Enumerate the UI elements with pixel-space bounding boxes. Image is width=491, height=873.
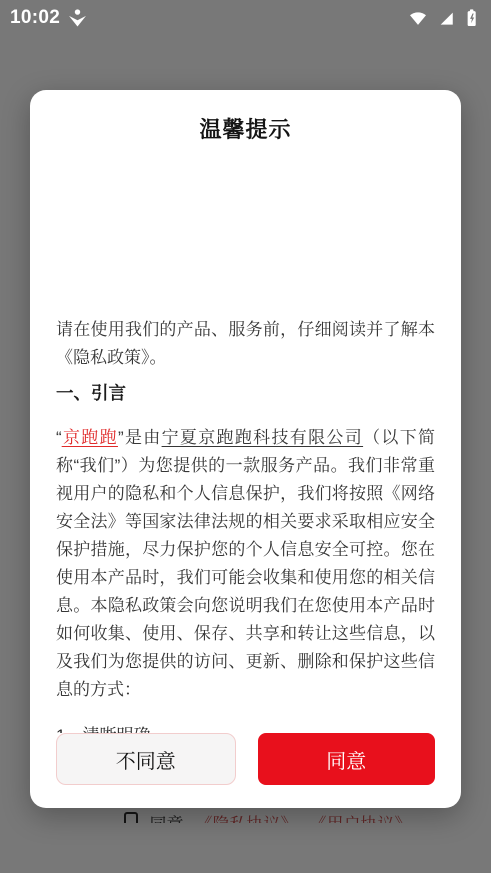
intro-paragraph: 请在使用我们的产品、服务前，仔细阅读并了解本《隐私政策》。: [56, 316, 435, 372]
dialog-scroll-area[interactable]: 请在使用我们的产品、服务前，仔细阅读并了解本《隐私政策》。 一、引言 “京跑跑”…: [30, 144, 461, 733]
battery-charging-icon: [461, 7, 482, 29]
paragraph-seg2: （以下简称“我们”）为您提供的一款服务产品。我们非常重视用户的隐私和个人信息保护…: [56, 428, 435, 699]
screen: 同意 《隐私协议》 《用户协议》 10:02: [0, 0, 491, 873]
dialog-button-row: 不同意 同意: [56, 733, 435, 785]
clock: 10:02: [10, 7, 60, 29]
dialog-title: 温馨提示: [30, 90, 461, 144]
section-heading: 一、引言: [56, 379, 435, 407]
wifi-icon: [407, 8, 429, 28]
status-bar: 10:02: [0, 0, 491, 34]
agree-button[interactable]: 同意: [258, 733, 436, 785]
body-paragraph: “京跑跑”是由宁夏京跑跑科技有限公司（以下简称“我们”）为您提供的一款服务产品。…: [56, 424, 435, 704]
paragraph-seg1: 是由: [124, 428, 162, 447]
app-notification-icon: [67, 8, 88, 29]
company-name-link[interactable]: 宁夏京跑跑科技有限公司: [162, 428, 364, 447]
disagree-button[interactable]: 不同意: [56, 733, 236, 785]
list-item-1: 1、清晰明确: [56, 722, 435, 733]
brand-name-link[interactable]: 京跑跑: [62, 428, 118, 447]
privacy-dialog: 温馨提示 请在使用我们的产品、服务前，仔细阅读并了解本《隐私政策》。 一、引言 …: [30, 90, 461, 808]
cellular-signal-icon: [434, 8, 456, 28]
